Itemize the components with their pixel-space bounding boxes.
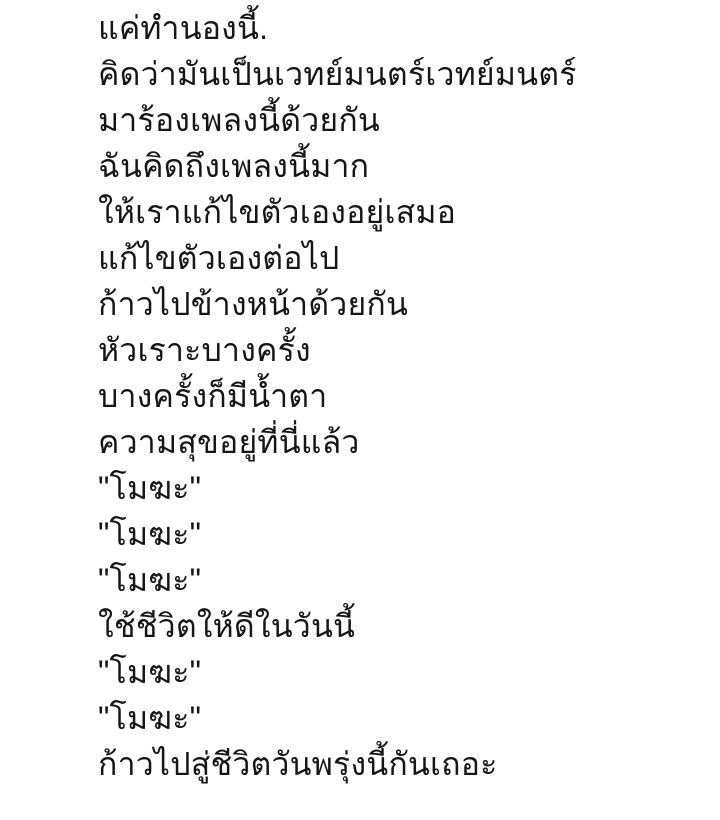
lyric-line: "โมฆะ" xyxy=(98,695,700,741)
lyric-line: แค่ทำนองนี้. xyxy=(98,5,700,51)
lyrics-list: แค่ทำนองนี้.คิดว่ามันเป็นเวทย์มนตร์เวทย์… xyxy=(98,5,700,787)
lyric-line: "โมฆะ" xyxy=(98,511,700,557)
lyric-line: "โมฆะ" xyxy=(98,465,700,511)
lyric-line: ก้าวไปข้างหน้าด้วยกัน xyxy=(98,281,700,327)
lyrics-page: แค่ทำนองนี้.คิดว่ามันเป็นเวทย์มนตร์เวทย์… xyxy=(0,0,720,820)
lyric-line: "โมฆะ" xyxy=(98,649,700,695)
lyric-line: ใช้ชีวิตให้ดีในวันนี้ xyxy=(98,603,700,649)
lyric-line: หัวเราะบางครั้ง xyxy=(98,327,700,373)
lyric-line: บางครั้งก็มีน้ำตา xyxy=(98,373,700,419)
lyric-line: ให้เราแก้ไขตัวเองอยู่เสมอ xyxy=(98,189,700,235)
lyric-line: แก้ไขตัวเองต่อไป xyxy=(98,235,700,281)
lyric-line: ฉันคิดถึงเพลงนี้มาก xyxy=(98,143,700,189)
lyric-line: "โมฆะ" xyxy=(98,557,700,603)
lyric-line: คิดว่ามันเป็นเวทย์มนตร์เวทย์มนตร์ xyxy=(98,51,700,97)
lyric-line: ความสุขอยู่ที่นี่แล้ว xyxy=(98,419,700,465)
lyric-line: ก้าวไปสู่ชีวิตวันพรุ่งนี้กันเถอะ xyxy=(98,741,700,787)
lyric-line: มาร้องเพลงนี้ด้วยกัน xyxy=(98,97,700,143)
